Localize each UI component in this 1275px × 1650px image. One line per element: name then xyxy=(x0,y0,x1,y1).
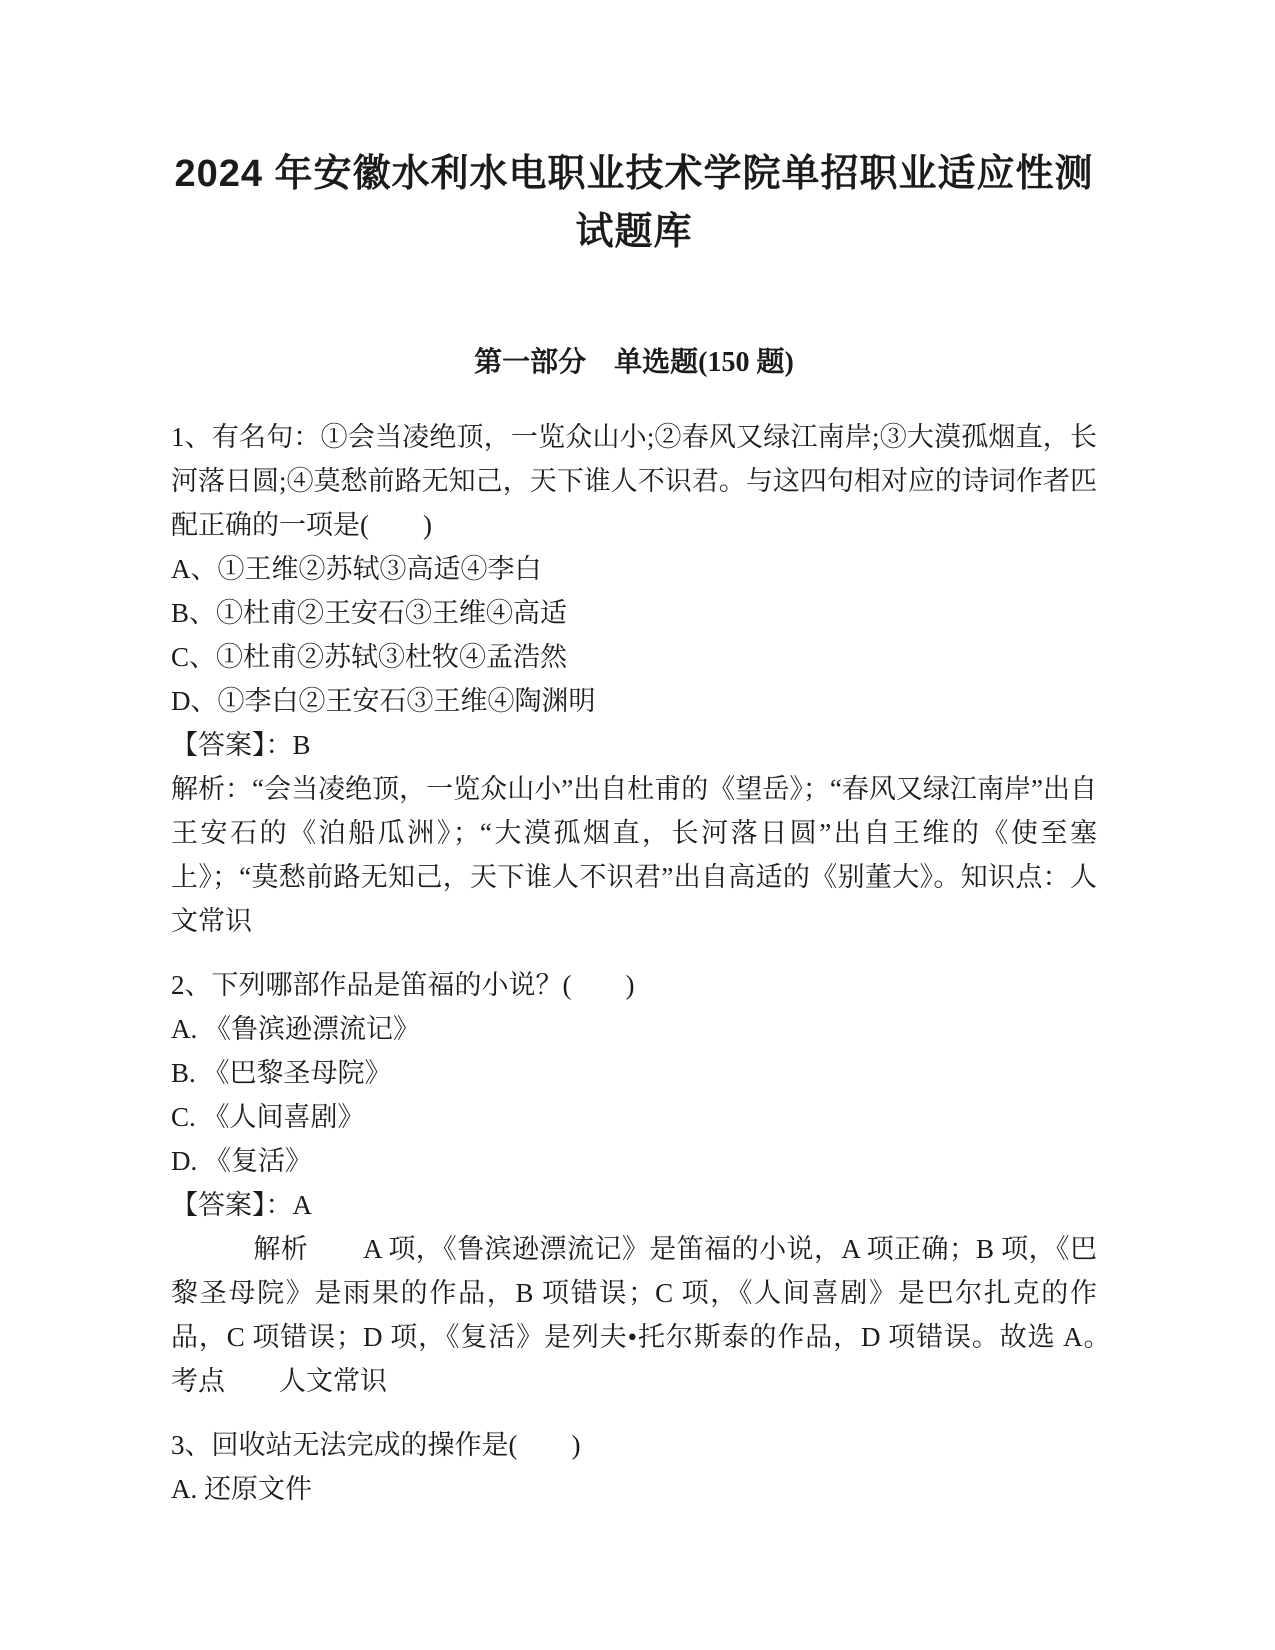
analysis-text: 解析：“会当凌绝顶，一览众山小”出自杜甫的《望岳》；“春风又绿江南岸”出自王安石… xyxy=(171,767,1097,943)
answer-line: 【答案】：B xyxy=(171,723,1097,767)
option-a: A、①王维②苏轼③高适④李白 xyxy=(171,547,1097,591)
option-c: C、①杜甫②苏轼③杜牧④孟浩然 xyxy=(171,635,1097,679)
question-3: 3、回收站无法完成的操作是( ) A. 还原文件 xyxy=(171,1423,1097,1511)
option-a: A. 《鲁滨逊漂流记》 xyxy=(171,1007,1097,1051)
option-b: B、①杜甫②王安石③王维④高适 xyxy=(171,591,1097,635)
analysis-text: 解析 A 项，《鲁滨逊漂流记》是笛福的小说，A 项正确；B 项，《巴黎圣母院》是… xyxy=(171,1227,1097,1403)
question-stem: 2、下列哪部作品是笛福的小说？( ) xyxy=(171,963,1097,1007)
option-b: B. 《巴黎圣母院》 xyxy=(171,1051,1097,1095)
question-stem: 1、有名句：①会当凌绝顶，一览众山小;②春风又绿江南岸;③大漠孤烟直，长河落日圆… xyxy=(171,415,1097,547)
section-heading: 第一部分 单选题(150 题) xyxy=(171,341,1097,385)
document-title: 2024 年安徽水利水电职业技术学院单招职业适应性测试题库 xyxy=(171,145,1097,261)
document-page: 2024 年安徽水利水电职业技术学院单招职业适应性测试题库 第一部分 单选题(1… xyxy=(0,0,1275,1650)
answer-line: 【答案】：A xyxy=(171,1183,1097,1227)
option-a: A. 还原文件 xyxy=(171,1467,1097,1511)
option-d: D. 《复活》 xyxy=(171,1139,1097,1183)
question-2: 2、下列哪部作品是笛福的小说？( ) A. 《鲁滨逊漂流记》 B. 《巴黎圣母院… xyxy=(171,963,1097,1403)
option-c: C. 《人间喜剧》 xyxy=(171,1095,1097,1139)
option-d: D、①李白②王安石③王维④陶渊明 xyxy=(171,679,1097,723)
question-1: 1、有名句：①会当凌绝顶，一览众山小;②春风又绿江南岸;③大漠孤烟直，长河落日圆… xyxy=(171,415,1097,943)
question-stem: 3、回收站无法完成的操作是( ) xyxy=(171,1423,1097,1467)
